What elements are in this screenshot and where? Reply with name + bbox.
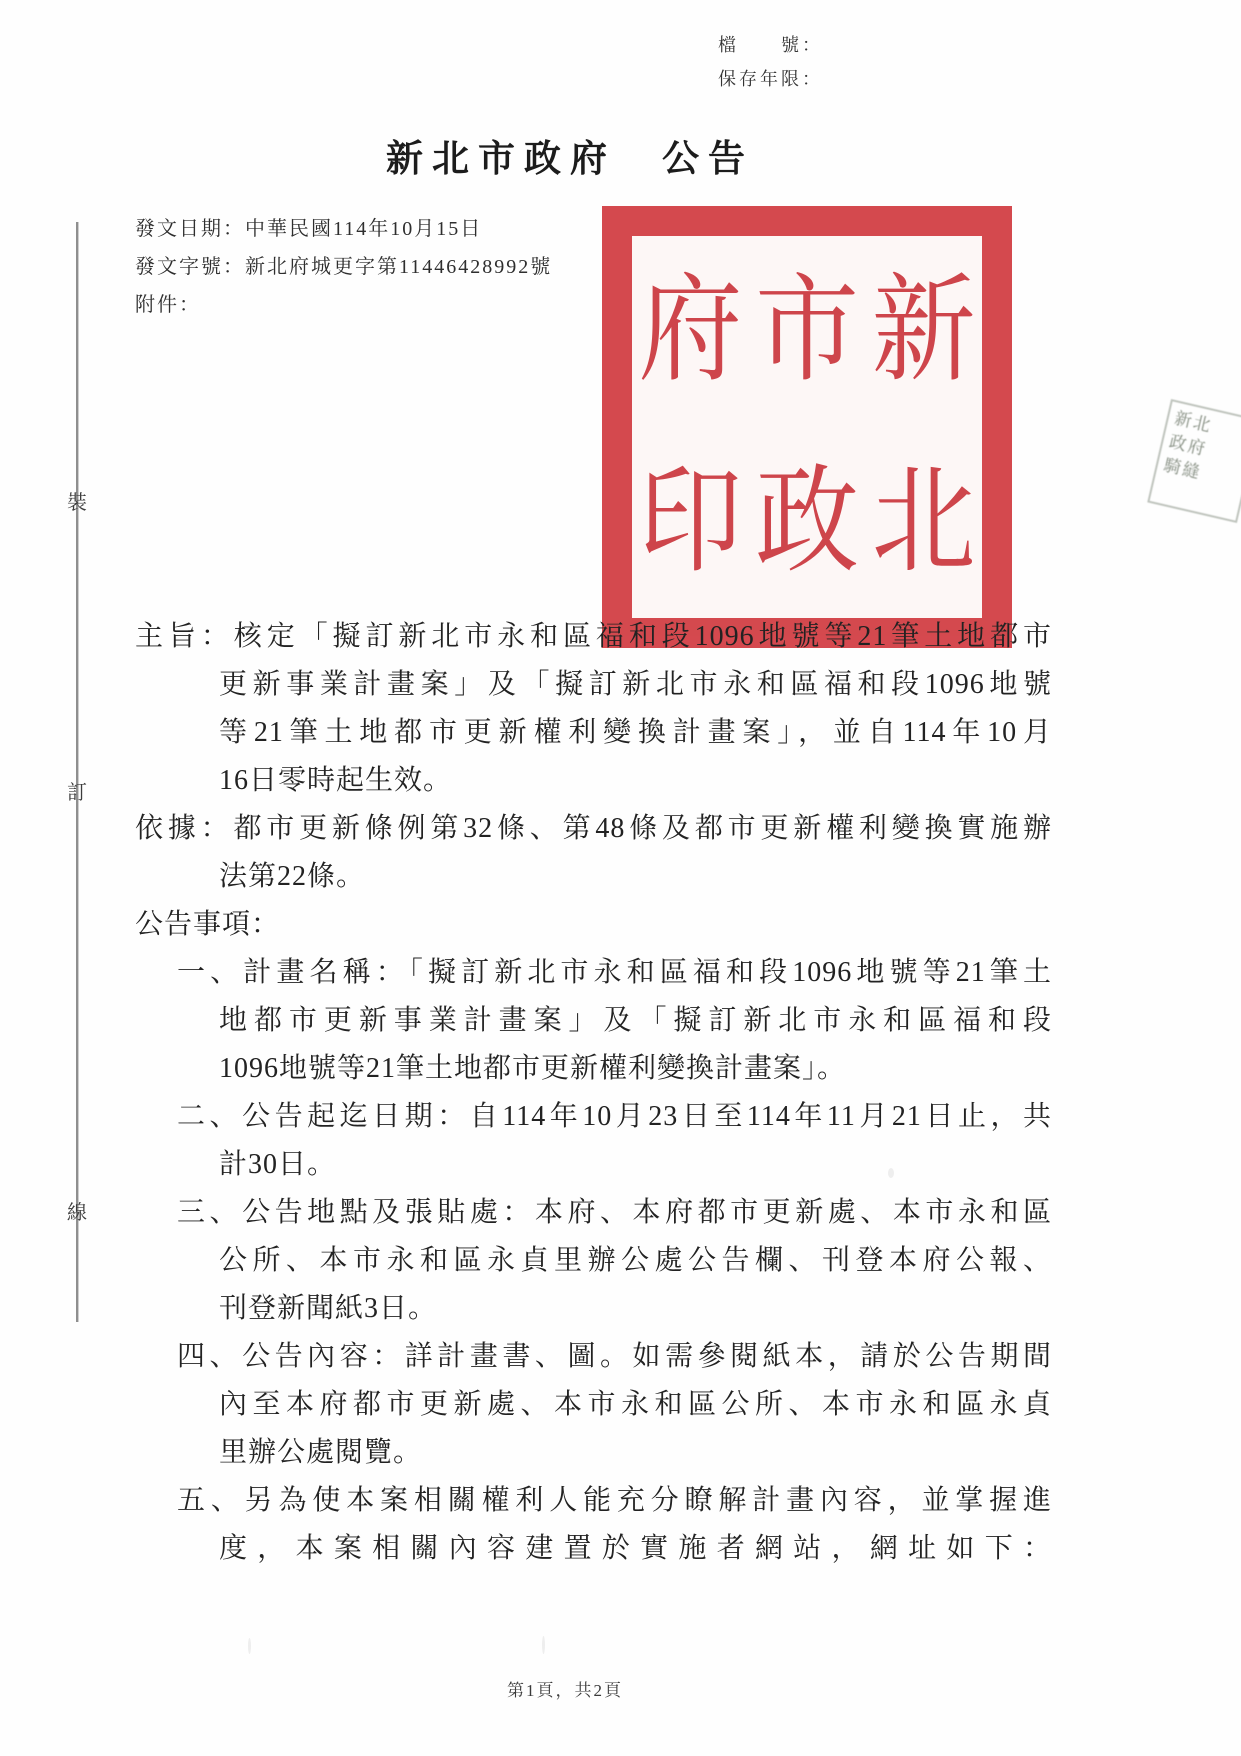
- body-line: 度，本案相關內容建置於實施者網站，網址如下：: [219, 1525, 1052, 1573]
- seal-character: 印: [638, 464, 742, 580]
- body-line: 地都市更新事業計畫案」及「擬訂新北市永和區福和段: [219, 997, 1052, 1045]
- body-line: 主旨：核定「擬訂新北市永和區福和段1096地號等21筆土地都市: [135, 613, 1052, 661]
- body-line: 等21筆土地都市更新權利變換計畫案」，並自114年10月: [219, 709, 1052, 757]
- binding-line: [76, 222, 78, 1322]
- body-line: 五、另為使本案相關權利人能充分瞭解計畫內容，並掌握進: [177, 1477, 1052, 1525]
- document-meta-block: 發文日期：中華民國114年10月15日 發文字號：新北府城更字第11446428…: [135, 210, 552, 324]
- body-line: 公所、本市永和區永貞里辦公處公告欄、刊登本府公報、: [219, 1237, 1052, 1285]
- body-line: 16日零時起生效。: [219, 757, 1052, 805]
- binding-mark-xian: 線: [58, 1196, 96, 1225]
- page-number-footer: 第1頁，共2頁: [0, 1676, 1130, 1701]
- body-line: 四、公告內容：詳計畫書、圖。如需參閱紙本，請於公告期間: [177, 1333, 1052, 1381]
- body-line: 里辦公處閱覽。: [219, 1429, 1052, 1477]
- page-title: 新北市政府 公告: [0, 128, 1140, 182]
- body-line: 一、計畫名稱：「擬訂新北市永和區福和段1096地號等21筆土: [177, 949, 1052, 997]
- body-line: 三、公告地點及張貼處：本府、本府都市更新處、本市永和區: [177, 1189, 1052, 1237]
- body-line: 法第22條。: [219, 853, 1052, 901]
- issue-date-line: 發文日期：中華民國114年10月15日: [135, 210, 552, 248]
- scan-artifact: [542, 1636, 545, 1654]
- file-number-label: 檔 號：: [718, 35, 823, 55]
- issue-number-line: 發文字號：新北府城更字第11446428992號: [135, 248, 552, 286]
- body-line: 二、公告起迄日期：自114年10月23日至114年11月21日止，共: [177, 1093, 1052, 1141]
- announcement-document-page: 檔 號：保存年限： 新北市政府 公告 發文日期：中華民國114年10月15日 發…: [0, 0, 1241, 1756]
- seal-character: 北: [872, 464, 976, 580]
- archive-label-block: 檔 號：保存年限：: [718, 28, 823, 96]
- binding-mark-zhuang: 裝: [58, 486, 96, 515]
- official-seal-inner: 府 市 新 印 政 北: [632, 236, 982, 618]
- seal-character: 政: [755, 464, 859, 580]
- body-line: 內至本府都市更新處、本市永和區公所、本市永和區永貞: [219, 1381, 1052, 1429]
- body-line: 1096地號等21筆土地都市更新權利變換計畫案」。: [219, 1045, 1052, 1093]
- body-line: 更新事業計畫案」及「擬訂新北市永和區福和段1096地號: [219, 661, 1052, 709]
- body-line: 刊登新聞紙3日。: [219, 1285, 1052, 1333]
- seal-character: 市: [755, 273, 859, 389]
- seal-character: 府: [638, 273, 742, 389]
- body-line: 公告事項：: [135, 901, 1052, 949]
- seal-character: 新: [872, 273, 976, 389]
- body-line: 計30日。: [219, 1141, 1052, 1189]
- retention-period-label: 保存年限：: [718, 69, 823, 89]
- scan-artifact: [248, 1638, 251, 1654]
- binding-mark-ding: 訂: [58, 776, 96, 805]
- page-seam-stamp: 新北 政府 騎縫: [1147, 399, 1241, 523]
- official-seal: 府 市 新 印 政 北: [602, 206, 1012, 648]
- attachment-line: 附件：: [135, 286, 552, 324]
- body-line: 依據：都市更新條例第32條、第48條及都市更新權利變換實施辦: [135, 805, 1052, 853]
